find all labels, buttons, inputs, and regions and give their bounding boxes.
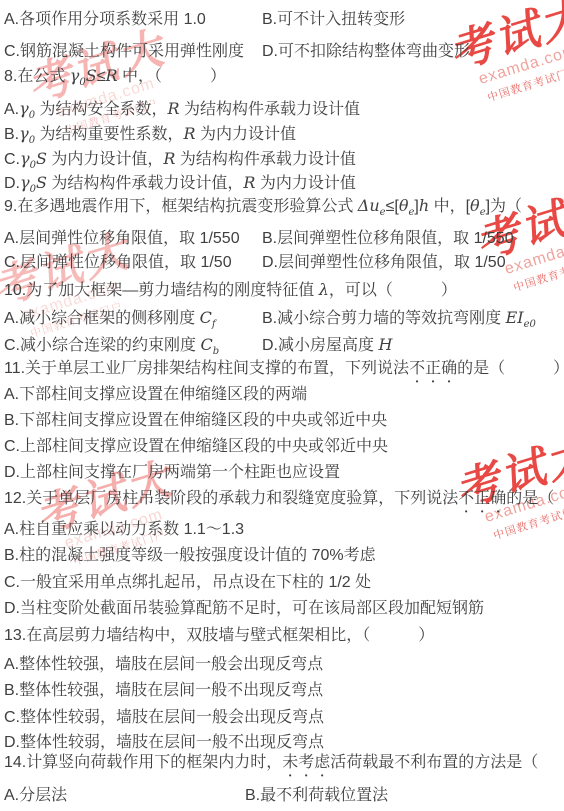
- plain-text: 的是（ ）: [506, 490, 564, 507]
- text-line: B.γ0 为结构重要性系数，R 为内力设计值: [0, 121, 564, 141]
- plain-text: 为结构重要性系数，: [35, 126, 183, 143]
- plain-text: 为内力设计值，: [47, 151, 163, 168]
- text-cell: 14.计算竖向荷载作用下的框架内力时，未考虑活荷载最不利布置的方法是（ ）: [4, 749, 564, 780]
- math-symbol: γ: [20, 173, 30, 192]
- text-cell: B.最不利荷载位置法: [245, 782, 388, 805]
- text-cell: 13.在高层剪力墙结构中，双肢墙与壁式框架相比，（ ）: [4, 622, 434, 645]
- math-symbol: R: [243, 173, 255, 192]
- math-symbol: R: [163, 149, 175, 168]
- plain-text: D.减小房屋高度: [262, 337, 378, 354]
- emphasized-text: 未考虑: [282, 754, 330, 771]
- plain-text: D.当柱变阶处截面吊装验算配筋不足时，可在该局部区段加配短钢筋: [4, 600, 484, 617]
- text-cell: A.柱自重应乘以动力系数 1.1～1.3: [4, 516, 244, 539]
- text-line: B.下部柱间支撑应设置在伸缩缝区段的中央或邻近中央: [0, 407, 564, 427]
- math-symbol: EI: [506, 308, 524, 327]
- text-line: C.上部柱间支撑应设置在伸缩缝区段的中央或邻近中央: [0, 433, 564, 453]
- plain-text: D.上部柱间支撑在厂房两端第一个柱距也应设置: [4, 464, 340, 481]
- plain-text: 12.关于单层厂房柱吊装阶段的承载力和裂缝宽度验算，下列说法: [4, 490, 458, 507]
- math-symbol: γ: [19, 99, 29, 118]
- math-subscript: e0: [524, 319, 536, 330]
- plain-text: A.: [4, 101, 19, 118]
- text-cell: D.上部柱间支撑在厂房两端第一个柱距也应设置: [4, 459, 340, 482]
- text-cell: A.各项作用分项系数采用 1.0: [4, 6, 206, 29]
- text-cell: C.上部柱间支撑应设置在伸缩缝区段的中央或邻近中央: [4, 433, 388, 456]
- plain-text: A.下部柱间支撑应设置在伸缩缝区段的两端: [4, 386, 307, 403]
- text-line: 10.为了加大框架—剪力墙结构的刚度特征值 λ，可以（ ）: [0, 277, 564, 297]
- plain-text: A.层间弹性位移角限值，取 1/550: [4, 230, 240, 247]
- text-cell: A.γ0 为结构安全系数，R 为结构构件承载力设计值: [4, 96, 360, 119]
- plain-text: A.整体性较强，墙肢在层间一般会出现反弯点: [4, 656, 323, 673]
- text-line: A.减小综合框架的侧移刚度 CfB.减小综合剪力墙的等效抗弯刚度 EIe0: [0, 305, 564, 325]
- plain-text: 为结构构件承载力设计值: [175, 151, 355, 168]
- text-cell: B.层间弹塑性位移角限值，取 1/550: [262, 225, 514, 248]
- text-cell: B.下部柱间支撑应设置在伸缩缝区段的中央或邻近中央: [4, 407, 387, 430]
- text-line: A.下部柱间支撑应设置在伸缩缝区段的两端: [0, 381, 564, 401]
- plain-text: ≤[: [386, 198, 399, 215]
- text-cell: 8.在公式 γ0S≤R 中，（ ）: [4, 63, 226, 86]
- plain-text: B.可不计入扭转变形: [262, 11, 405, 28]
- math-symbol: θ: [399, 196, 409, 215]
- plain-text: C.一般宜采用单点绑扎起吊，吊点设在下柱的 1/2 处: [4, 574, 371, 591]
- math-symbol: S: [36, 173, 47, 192]
- plain-text: B.整体性较强，墙肢在层间一般不出现反弯点: [4, 682, 323, 699]
- plain-text: 为内力设计值: [255, 175, 355, 192]
- plain-text: C.钢筋混凝土构件可采用弹性刚度: [4, 43, 244, 60]
- math-symbol: C: [200, 335, 212, 354]
- math-symbol: C: [200, 308, 212, 327]
- plain-text: A.分层法: [4, 787, 67, 804]
- text-cell: A.整体性较强，墙肢在层间一般会出现反弯点: [4, 651, 323, 674]
- plain-text: D.: [4, 175, 20, 192]
- text-cell: A.下部柱间支撑应设置在伸缩缝区段的两端: [4, 381, 307, 404]
- text-line: 12.关于单层厂房柱吊装阶段的承载力和裂缝宽度验算，下列说法不正确的是（ ）: [0, 485, 564, 505]
- text-cell: C.钢筋混凝土构件可采用弹性刚度: [4, 38, 244, 61]
- text-cell: B.γ0 为结构重要性系数，R 为内力设计值: [4, 121, 296, 144]
- text-line: C.层间弹性位移角限值，取 1/50D.层间弹塑性位移角限值，取 1/50: [0, 249, 564, 269]
- math-symbol: R: [168, 99, 180, 118]
- text-cell: D.当柱变阶处截面吊装验算配筋不足时，可在该局部区段加配短钢筋: [4, 595, 484, 618]
- math-symbol: Δu: [358, 196, 380, 215]
- plain-text: 9.在多遇地震作用下，框架结构抗震变形验算公式: [4, 198, 358, 215]
- text-line: C.整体性较弱，墙肢在层间一般会出现反弯点: [0, 704, 564, 724]
- text-cell: A.层间弹性位移角限值，取 1/550: [4, 225, 240, 248]
- plain-text: B.: [4, 126, 19, 143]
- text-line: B.整体性较强，墙肢在层间一般不出现反弯点: [0, 677, 564, 697]
- text-line: 11.关于单层工业厂房排架结构柱间支撑的布置，下列说法不正确的是（ ）: [0, 355, 564, 375]
- text-cell: A.减小综合框架的侧移刚度 Cf: [4, 305, 216, 328]
- plain-text: 为结构构件承载力设计值，: [47, 175, 243, 192]
- math-symbol: S: [86, 66, 97, 85]
- text-line: 13.在高层剪力墙结构中，双肢墙与壁式框架相比，（ ）: [0, 622, 564, 642]
- text-line: A.整体性较强，墙肢在层间一般会出现反弯点: [0, 651, 564, 671]
- text-line: D.整体性较弱，墙肢在层间一般不出现反弯点: [0, 729, 564, 749]
- math-symbol: H: [378, 335, 392, 354]
- plain-text: 中，[: [429, 198, 470, 215]
- text-line: A.各项作用分项系数采用 1.0B.可不计入扭转变形: [0, 6, 564, 26]
- plain-text: ，可以（ ）: [329, 282, 457, 299]
- text-cell: D.减小房屋高度 H: [262, 332, 392, 355]
- math-symbol: R: [105, 66, 117, 85]
- plain-text: ]为（ ）: [486, 198, 564, 215]
- math-subscript: f: [212, 319, 216, 330]
- math-symbol: S: [36, 149, 47, 168]
- emphasized-text: 不正确: [409, 360, 457, 377]
- plain-text: C.减小综合连梁的约束刚度: [4, 337, 200, 354]
- text-cell: C.层间弹性位移角限值，取 1/50: [4, 249, 232, 272]
- text-cell: B.减小综合剪力墙的等效抗弯刚度 EIe0: [262, 305, 536, 328]
- plain-text: 的是（ ）: [457, 360, 564, 377]
- math-symbol: θ: [470, 196, 480, 215]
- plain-text: C.上部柱间支撑应设置在伸缩缝区段的中央或邻近中央: [4, 438, 388, 455]
- plain-text: 13.在高层剪力墙结构中，双肢墙与壁式框架相比，（ ）: [4, 627, 434, 644]
- text-cell: B.柱的混凝土强度等级一般按强度设计值的 70%考虑: [4, 542, 376, 565]
- plain-text: B.下部柱间支撑应设置在伸缩缝区段的中央或邻近中央: [4, 412, 387, 429]
- plain-text: 活荷载最不利布置的方法是（ ）: [330, 754, 564, 771]
- text-cell: C.γ0S 为内力设计值，R 为结构构件承载力设计值: [4, 146, 356, 169]
- text-cell: C.减小综合连梁的约束刚度 Cb: [4, 332, 219, 355]
- text-cell: 12.关于单层厂房柱吊装阶段的承载力和裂缝宽度验算，下列说法不正确的是（ ）: [4, 485, 564, 516]
- plain-text: 为内力设计值: [196, 126, 296, 143]
- math-symbol: γ: [70, 66, 80, 85]
- plain-text: C.: [4, 151, 20, 168]
- plain-text: 中，（ ）: [118, 68, 226, 85]
- plain-text: B.层间弹塑性位移角限值，取 1/550: [262, 230, 514, 247]
- text-cell: C.整体性较弱，墙肢在层间一般会出现反弯点: [4, 704, 324, 727]
- plain-text: 10.为了加大框架—剪力墙结构的刚度特征值: [4, 282, 319, 299]
- math-symbol: R: [184, 124, 196, 143]
- plain-text: D.可不扣除结构整体弯曲变形: [262, 43, 470, 60]
- plain-text: 11.关于单层工业厂房排架结构柱间支撑的布置，下列说法: [4, 360, 409, 377]
- plain-text: 14.计算竖向荷载作用下的框架内力时，: [4, 754, 282, 771]
- text-line: C.一般宜采用单点绑扎起吊，吊点设在下柱的 1/2 处: [0, 569, 564, 589]
- text-cell: C.一般宜采用单点绑扎起吊，吊点设在下柱的 1/2 处: [4, 569, 371, 592]
- text-line: C.γ0S 为内力设计值，R 为结构构件承载力设计值: [0, 146, 564, 166]
- plain-text: 8.在公式: [4, 68, 70, 85]
- text-line: A.分层法B.最不利荷载位置法: [0, 782, 564, 802]
- emphasized-text: 不正确: [458, 490, 506, 507]
- text-line: B.柱的混凝土强度等级一般按强度设计值的 70%考虑: [0, 542, 564, 562]
- math-symbol: λ: [319, 280, 329, 299]
- plain-text: A.各项作用分项系数采用 1.0: [4, 11, 206, 28]
- text-cell: B.可不计入扭转变形: [262, 6, 405, 29]
- text-line: A.γ0 为结构安全系数，R 为结构构件承载力设计值: [0, 96, 564, 116]
- plain-text: 为结构构件承载力设计值: [180, 101, 360, 118]
- text-line: 14.计算竖向荷载作用下的框架内力时，未考虑活荷载最不利布置的方法是（ ）: [0, 749, 564, 769]
- text-line: C.减小综合连梁的约束刚度 CbD.减小房屋高度 H: [0, 332, 564, 352]
- plain-text: D.层间弹塑性位移角限值，取 1/50: [262, 254, 506, 271]
- text-line: A.层间弹性位移角限值，取 1/550B.层间弹塑性位移角限值，取 1/550: [0, 225, 564, 245]
- text-line: A.柱自重应乘以动力系数 1.1～1.3: [0, 516, 564, 536]
- text-line: D.γ0S 为结构构件承载力设计值，R 为内力设计值: [0, 170, 564, 190]
- text-line: C.钢筋混凝土构件可采用弹性刚度D.可不扣除结构整体弯曲变形: [0, 38, 564, 58]
- text-cell: B.整体性较强，墙肢在层间一般不出现反弯点: [4, 677, 323, 700]
- plain-text: C.层间弹性位移角限值，取 1/50: [4, 254, 232, 271]
- plain-text: A.减小综合框架的侧移刚度: [4, 310, 200, 327]
- math-symbol: γ: [19, 124, 29, 143]
- text-cell: A.分层法: [4, 782, 67, 805]
- plain-text: 为结构安全系数，: [35, 101, 167, 118]
- text-line: 9.在多遇地震作用下，框架结构抗震变形验算公式 Δue≤[θe]h 中，[θe]…: [0, 193, 564, 213]
- text-line: D.上部柱间支撑在厂房两端第一个柱距也应设置: [0, 459, 564, 479]
- plain-text: A.柱自重应乘以动力系数 1.1～1.3: [4, 521, 244, 538]
- text-cell: D.γ0S 为结构构件承载力设计值，R 为内力设计值: [4, 170, 356, 193]
- plain-text: B.减小综合剪力墙的等效抗弯刚度: [262, 310, 506, 327]
- text-cell: 9.在多遇地震作用下，框架结构抗震变形验算公式 Δue≤[θe]h 中，[θe]…: [4, 193, 564, 216]
- plain-text: B.最不利荷载位置法: [245, 787, 388, 804]
- text-cell: D.可不扣除结构整体弯曲变形: [262, 38, 470, 61]
- plain-text: C.整体性较弱，墙肢在层间一般会出现反弯点: [4, 709, 324, 726]
- exam-page: 考试大examda.com中国教育考试门户考试大examda.com中国教育考试…: [0, 0, 564, 811]
- plain-text: B.柱的混凝土强度等级一般按强度设计值的 70%考虑: [4, 547, 376, 564]
- text-cell: D.层间弹塑性位移角限值，取 1/50: [262, 249, 506, 272]
- math-symbol: γ: [20, 149, 30, 168]
- math-symbol: h: [419, 196, 429, 215]
- text-line: D.当柱变阶处截面吊装验算配筋不足时，可在该局部区段加配短钢筋: [0, 595, 564, 615]
- text-cell: 10.为了加大框架—剪力墙结构的刚度特征值 λ，可以（ ）: [4, 277, 457, 300]
- text-line: 8.在公式 γ0S≤R 中，（ ）: [0, 63, 564, 83]
